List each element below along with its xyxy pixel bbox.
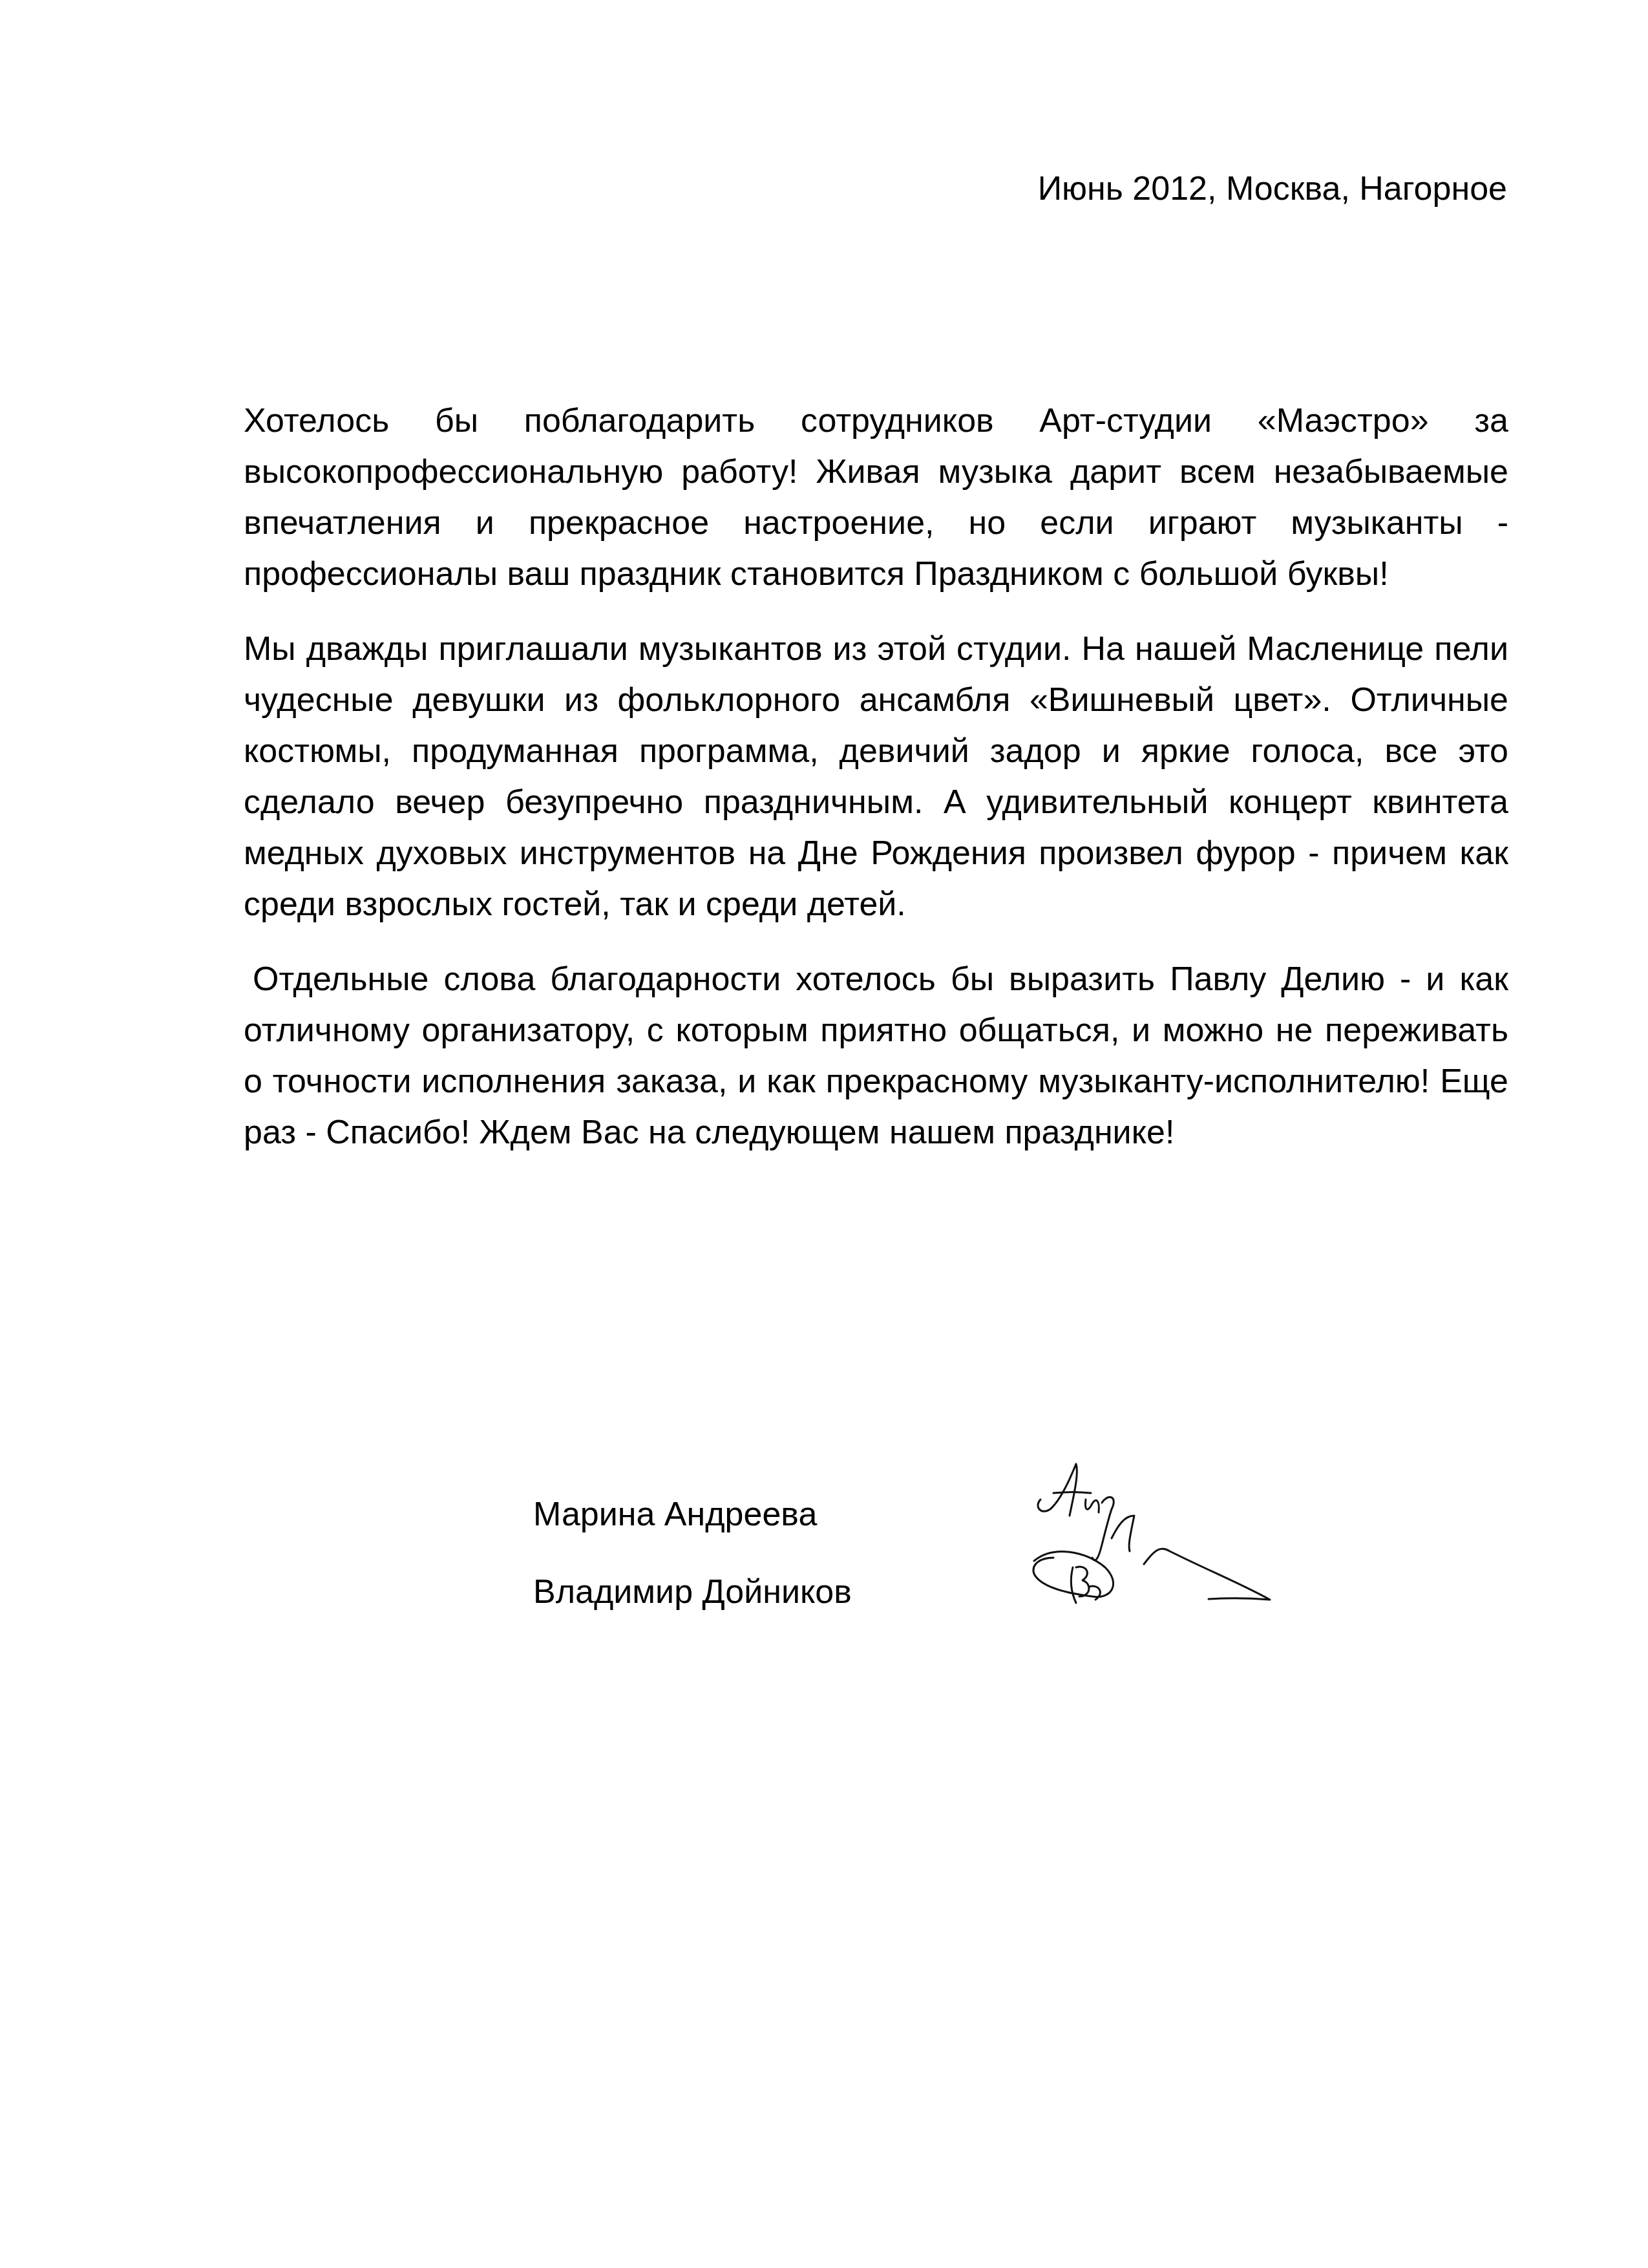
signer-name-1: Марина Андреева — [533, 1489, 852, 1540]
handwritten-signature-icon — [1015, 1454, 1351, 1616]
paragraph-events: Мы дважды приглашали музыкантов из этой … — [244, 624, 1508, 930]
paragraph-gratitude: Отдельные слова благодарности хотелось б… — [244, 954, 1508, 1158]
paragraph-thanks: Хотелось бы поблагодарить сотрудников Ар… — [244, 396, 1508, 600]
signer-name-2: Владимир Дойников — [533, 1566, 852, 1618]
date-place-line: Июнь 2012, Москва, Нагорное — [1038, 163, 1507, 215]
letter-body: Хотелось бы поблагодарить сотрудников Ар… — [244, 396, 1508, 1182]
signature-block: Марина Андреева Владимир Дойников — [533, 1489, 852, 1644]
